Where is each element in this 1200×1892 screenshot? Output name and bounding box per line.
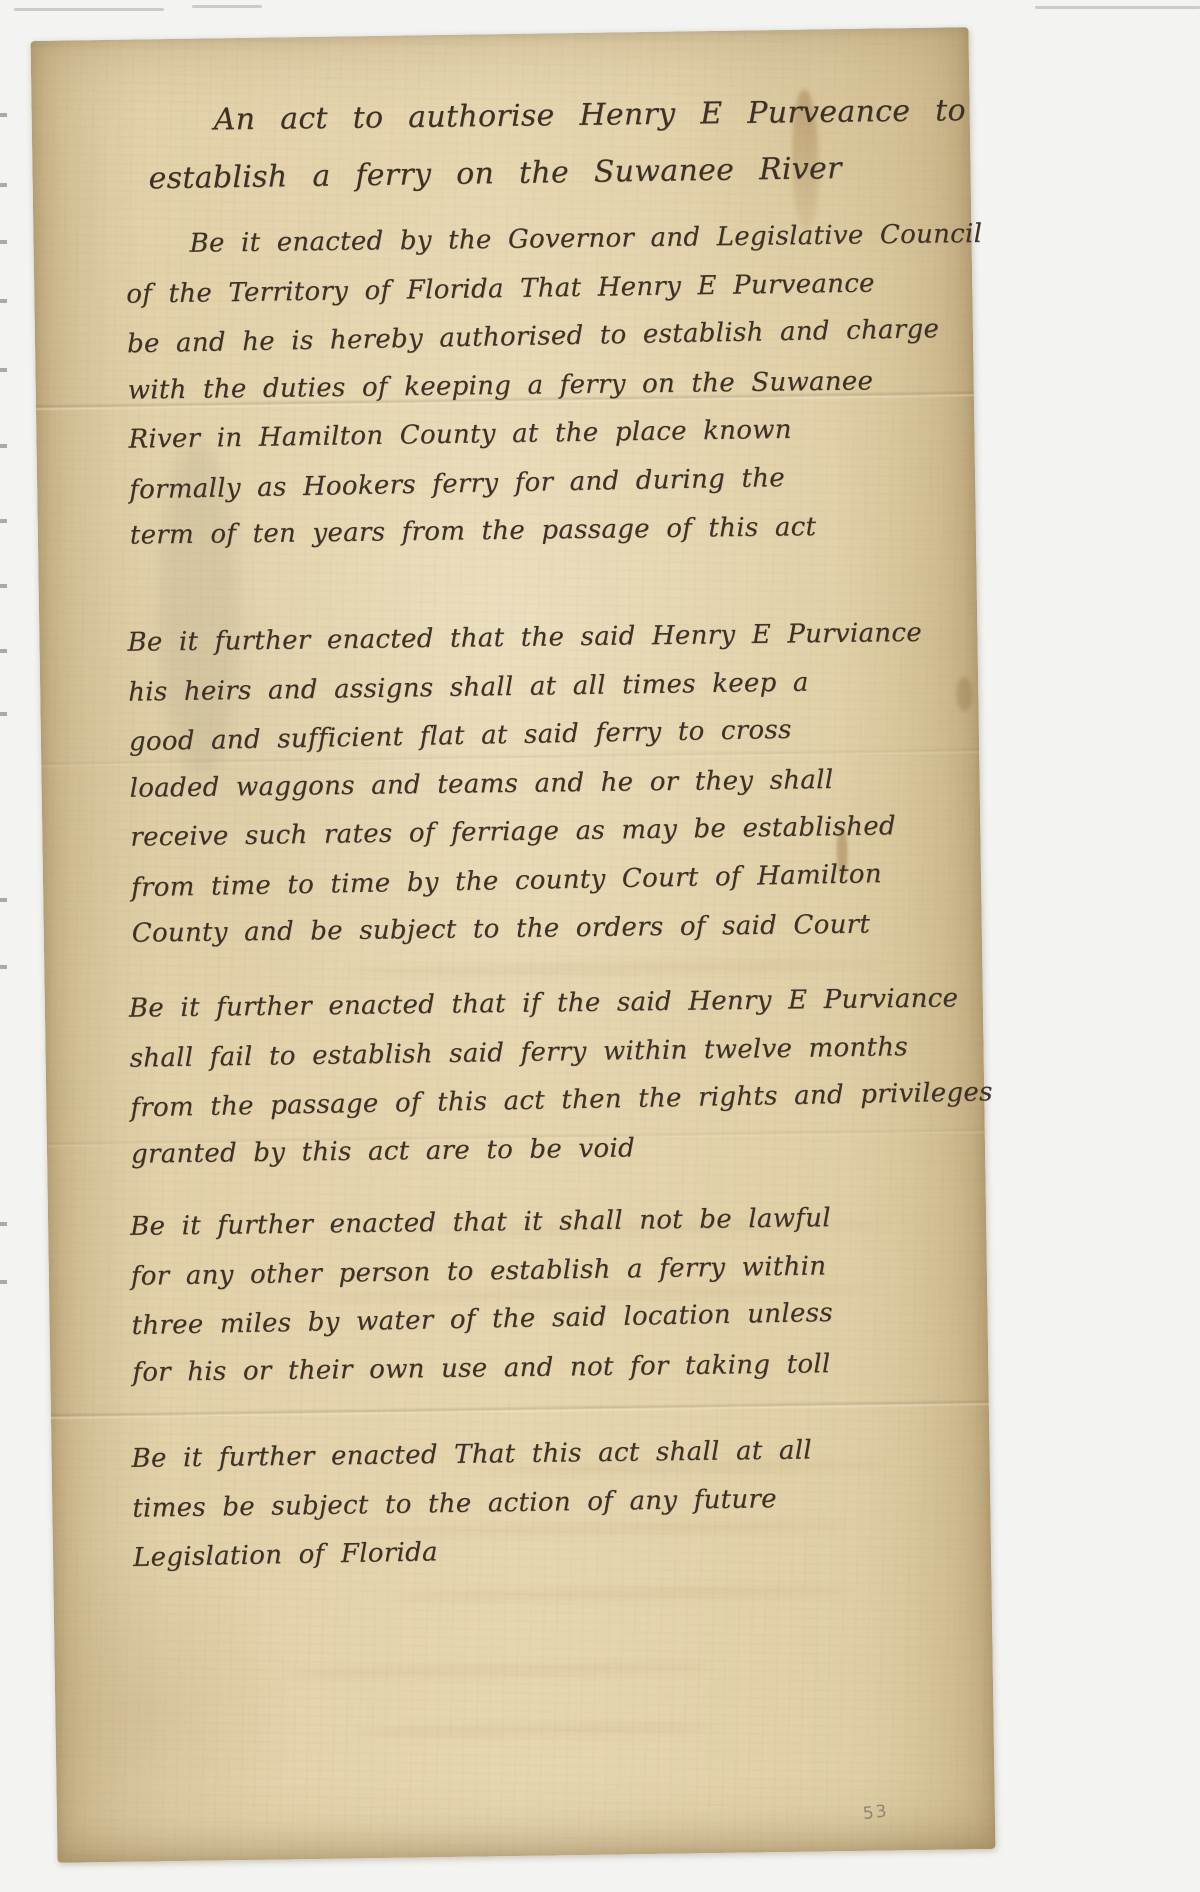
paragraph-4: Be it further enacted that it shall not … — [130, 1193, 834, 1397]
page-number-annotation: 53 — [862, 1801, 890, 1824]
scanner-streak — [1035, 6, 1200, 9]
title-line: An act to authorise Henry E Purveance to — [213, 82, 966, 148]
scanner-tick — [0, 519, 7, 523]
bleed-through-mark — [285, 1661, 715, 1679]
document-page: An act to authorise Henry E Purveance to… — [31, 27, 996, 1863]
scanner-tick — [0, 299, 7, 303]
scanner-streak — [14, 8, 164, 11]
scan-background: { "document": { "title": { "lines": [ "A… — [0, 0, 1200, 1892]
scanner-tick — [0, 649, 7, 653]
scanner-tick — [0, 1280, 7, 1284]
scanner-tick — [0, 712, 7, 716]
scanner-tick — [0, 240, 7, 244]
paragraph-2: Be it further enacted that the said Henr… — [127, 608, 926, 959]
document-title: An act to authorise Henry E Purveance to… — [127, 81, 967, 207]
text-line: term of ten years from the passage of th… — [130, 501, 987, 560]
text-line: loaded waggons and teams and he or they … — [129, 754, 924, 812]
fold-crease — [51, 1399, 989, 1420]
scanner-tick — [0, 444, 7, 448]
text-line: granted by this act are to be void — [131, 1119, 994, 1178]
scanner-tick — [0, 368, 7, 372]
text-line: for his or their own use and not for tak… — [132, 1340, 834, 1397]
paragraph-1: Be it enacted by the Governor and Legisl… — [125, 209, 987, 561]
scanner-tick — [0, 183, 7, 187]
text-line: Be it further enacted that the said Henr… — [127, 609, 922, 667]
paragraph-5: Be it further enacted That this act shal… — [131, 1426, 814, 1582]
text-line: Be it further enacted That this act shal… — [131, 1426, 812, 1483]
text-line: with the duties of keeping a ferry on th… — [127, 355, 984, 414]
text-line: Be it further enacted that it shall not … — [130, 1194, 832, 1251]
text-line: Be it enacted by the Governor and Legisl… — [189, 210, 982, 268]
scanner-tick — [0, 898, 7, 902]
scanner-streak — [192, 5, 262, 8]
paragraph-3: Be it further enacted that if the said H… — [129, 973, 994, 1180]
scanner-tick — [0, 584, 7, 588]
bleed-through-mark — [394, 1584, 854, 1603]
title-line: establish a ferry on the Suwanee River — [148, 138, 967, 207]
bleed-through-mark — [356, 1721, 716, 1738]
scanner-tick — [0, 1222, 7, 1226]
scanner-tick — [0, 965, 7, 969]
text-line: County and be subject to the orders of s… — [131, 900, 926, 958]
ink-stain — [956, 677, 973, 711]
scanner-tick — [0, 113, 7, 117]
